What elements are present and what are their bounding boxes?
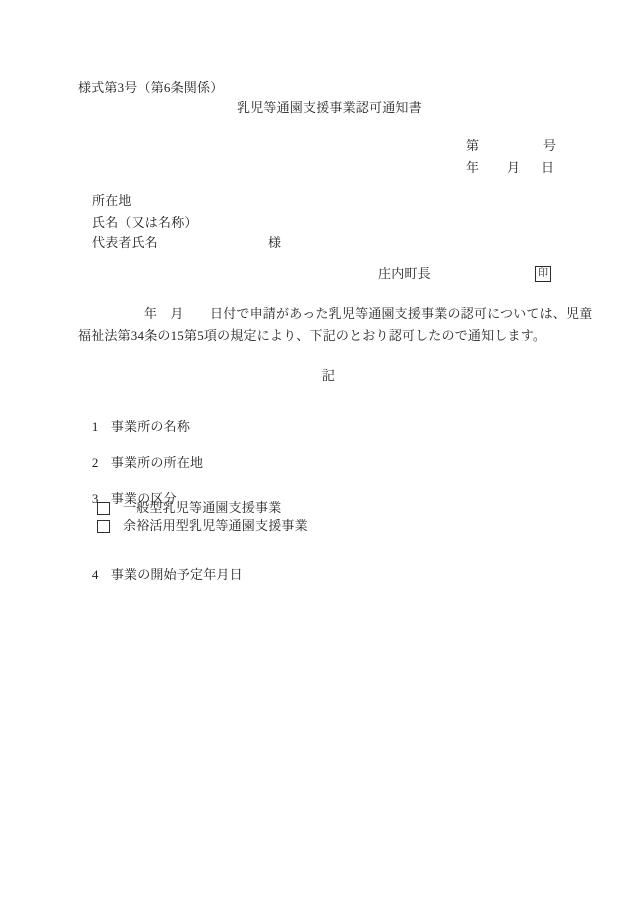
- recipient-honorific: 様: [268, 236, 281, 250]
- doc-number-prefix: 第: [466, 139, 479, 153]
- doc-number-suffix: 号: [543, 139, 556, 153]
- item-1-number: 1: [92, 420, 111, 434]
- issuer-title: 庄内町長: [378, 267, 431, 281]
- recipient-representative-label: 代表者氏名: [92, 236, 158, 250]
- body-paragraph-line2: 福祉法第34条の15第5項の規定により、下記のとおり認可したので通知します。: [78, 329, 546, 343]
- item-1-label: 事業所の名称: [111, 419, 190, 434]
- recipient-name-label: 氏名（又は名称）: [92, 216, 198, 230]
- date-day-label: 日: [541, 161, 554, 175]
- checkbox-surplus-type[interactable]: [97, 520, 110, 533]
- date-year-label: 年: [466, 161, 479, 175]
- checkbox-surplus-type-label: 余裕活用型乳児等通園支援事業: [123, 519, 308, 533]
- document-page: 様式第3号（第6条関係） 乳児等通園支援事業認可通知書 第 号 年 月 日 所在…: [0, 0, 630, 903]
- seal-mark-icon: 印: [535, 266, 551, 282]
- date-month-label: 月: [507, 161, 520, 175]
- checkbox-general-type-label: 一般型乳児等通園支援事業: [123, 501, 281, 515]
- item-2-label: 事業所の所在地: [111, 455, 203, 470]
- form-number: 様式第3号（第6条関係）: [78, 81, 223, 95]
- item-4-label: 事業の開始予定年月日: [111, 567, 243, 582]
- body-paragraph-line1: 年 月 日付で申請があった乳児等通園支援事業の認可については、児童: [78, 307, 592, 321]
- page-title: 乳児等通園支援事業認可通知書: [237, 101, 422, 115]
- item-2-number: 2: [92, 456, 111, 470]
- record-heading: 記: [322, 369, 335, 383]
- checkbox-general-type[interactable]: [97, 502, 110, 515]
- list-item-4: 4事業の開始予定年月日: [78, 554, 243, 596]
- item-4-number: 4: [92, 568, 111, 582]
- recipient-address-label: 所在地: [92, 194, 132, 208]
